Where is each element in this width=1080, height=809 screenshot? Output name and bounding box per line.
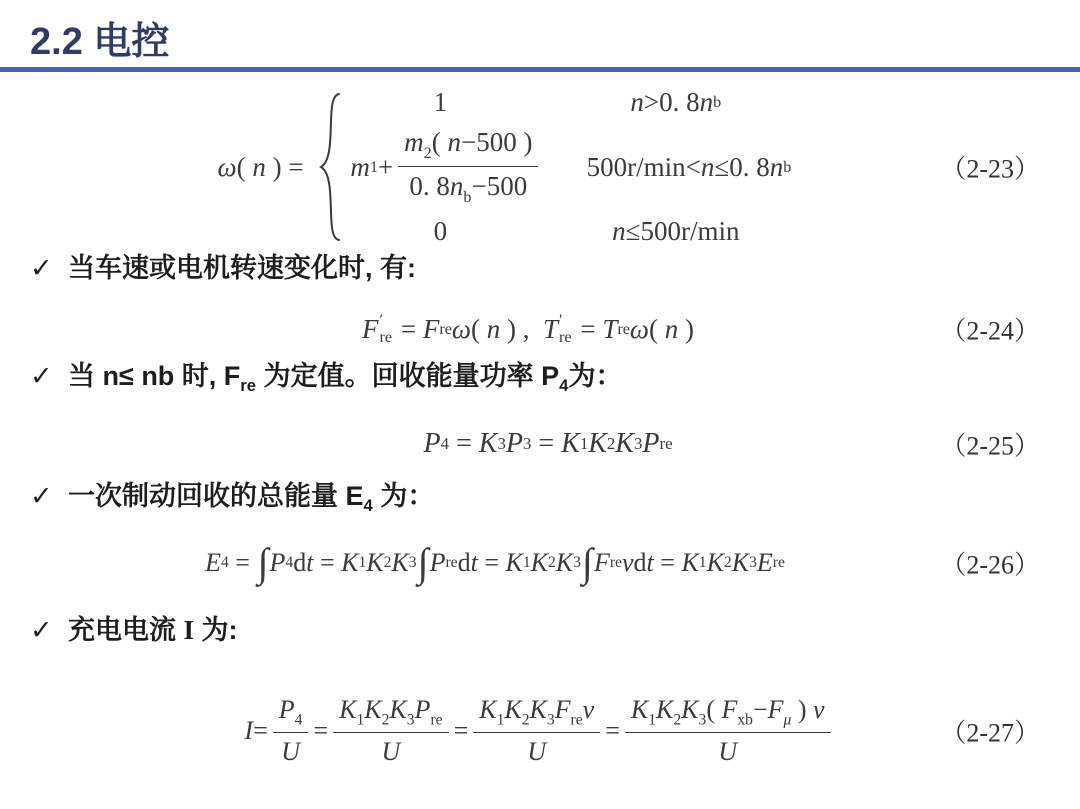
- page-title: 2.2 电控: [30, 10, 169, 65]
- bullet-recovery-power: ✓ 当 n≤ nb 时, Fre 为定值。回收能量功率 P4为：: [30, 360, 622, 397]
- bullet-total-energy: ✓ 一次制动回收的总能量 E4 为：: [30, 480, 434, 517]
- bullet-speed-change: ✓ 当车速或电机转速变化时, 有:: [30, 252, 416, 286]
- checkmark-icon: ✓: [30, 252, 56, 286]
- case-row: 0 n≤500r/min: [350, 216, 806, 247]
- bullet-charging-current: ✓ 充电电流 I 为:: [30, 614, 238, 648]
- bullet-text: 当 n≤ nb 时, Fre 为定值。回收能量功率 P4为：: [68, 360, 622, 397]
- bullet-text: 一次制动回收的总能量 E4 为：: [68, 480, 434, 517]
- case-value: 1: [350, 87, 530, 118]
- checkmark-icon: ✓: [30, 614, 56, 648]
- formula-2-26: E4 = ∫P4dt = K1K2K3∫Predt = K1K2K3∫Frevd…: [205, 543, 785, 583]
- case-row: 1 n>0. 8nb: [350, 87, 806, 118]
- case-condition: n≤500r/min: [558, 216, 793, 247]
- case-value: m1+m2( n−500 )0. 8nb−500: [350, 127, 543, 207]
- equation-number: （2-25）: [940, 426, 1040, 463]
- case-condition: 500r/min<n≤0. 8nb: [571, 152, 806, 183]
- equation-2-27: I=P4U=K1K2K3PreU=K1K2K3FrevU=K1K2K3( Fxb…: [0, 682, 1080, 780]
- piecewise-formula: ω( n ) = 1 n>0. 8nb m1+m2( n−500 )0. 8nb…: [218, 87, 807, 247]
- slide: 2.2 电控 ω( n ) = 1 n>0. 8nb m1+m2( n−500 …: [0, 0, 1080, 809]
- checkmark-icon: ✓: [30, 360, 56, 394]
- equation-number: （2-23）: [940, 149, 1040, 186]
- equation-2-25: P4 = K3P3 = K1K2K3Pre （2-25）: [0, 418, 1080, 470]
- case-value: 0: [350, 216, 530, 247]
- equation-number: （2-26）: [940, 545, 1040, 582]
- bullet-text: 当车速或电机转速变化时, 有:: [68, 252, 416, 286]
- checkmark-icon: ✓: [30, 480, 56, 514]
- equation-number: （2-27）: [940, 713, 1040, 750]
- formula-2-27: I=P4U=K1K2K3PreU=K1K2K3FrevU=K1K2K3( Fxb…: [244, 695, 835, 768]
- piecewise-cases: 1 n>0. 8nb m1+m2( n−500 )0. 8nb−500 500r…: [350, 87, 806, 247]
- equation-2-23: ω( n ) = 1 n>0. 8nb m1+m2( n−500 )0. 8nb…: [0, 92, 1080, 242]
- bullet-text: 充电电流 I 为:: [68, 614, 238, 648]
- title-underline: [0, 67, 1080, 72]
- case-condition: n>0. 8nb: [558, 87, 793, 118]
- case-row: m1+m2( n−500 )0. 8nb−500 500r/min<n≤0. 8…: [350, 127, 806, 207]
- equation-number: （2-24）: [940, 311, 1040, 348]
- equation-2-24: F′re = Freω( n ) , T′re = Treω( n ) （2-2…: [0, 303, 1080, 355]
- equation-2-26: E4 = ∫P4dt = K1K2K3∫Predt = K1K2K3∫Frevd…: [0, 533, 1080, 593]
- piecewise-brace: [318, 91, 342, 243]
- formula-2-25: P4 = K3P3 = K1K2K3Pre: [423, 428, 672, 460]
- formula-2-24: F′re = Freω( n ) , T′re = Treω( n ): [362, 312, 694, 346]
- omega-lhs: ω( n ) =: [218, 152, 311, 183]
